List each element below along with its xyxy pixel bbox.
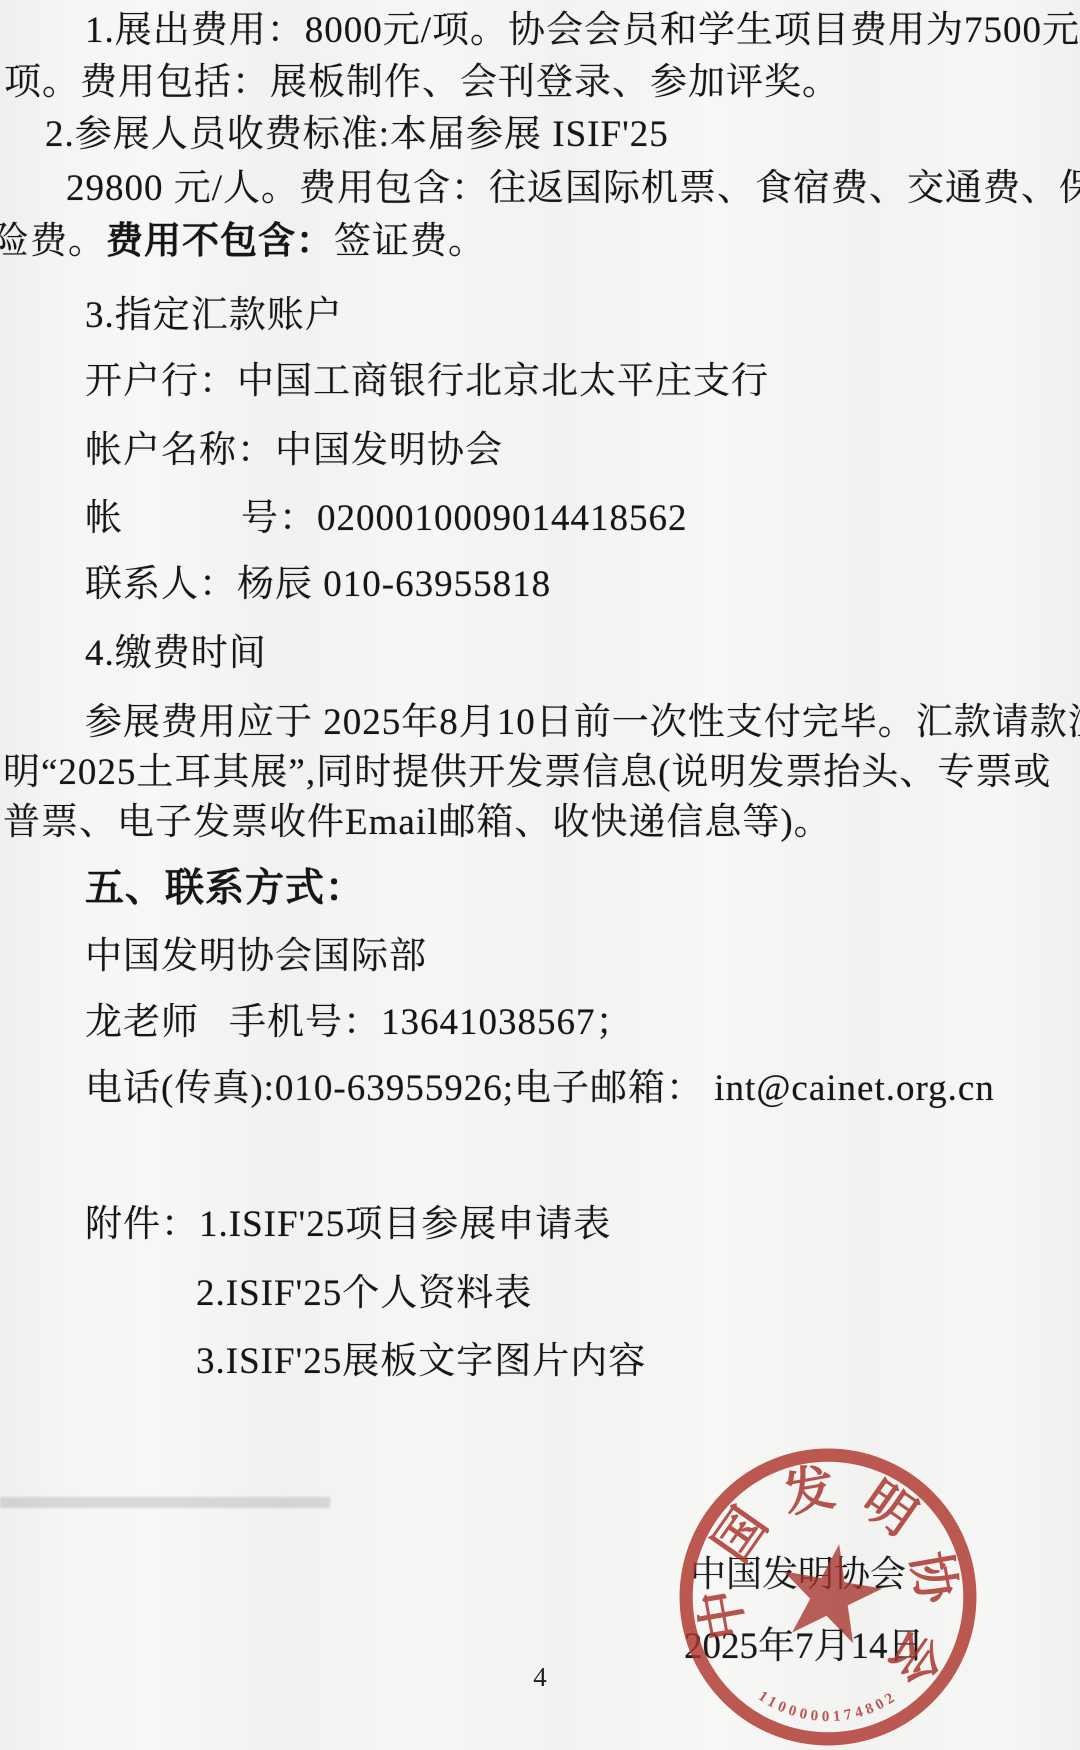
contact-tel-email: 电话(传真):010-63955926;电子邮箱： int@cainet.org… (85, 1066, 995, 1112)
document-page: 1.展出费用：8000元/项。协会会员和学生项目费用为7500元/ 项。费用包括… (0, 0, 1080, 1750)
fee-line-5-post: 签证费。 (334, 221, 486, 262)
contact-heading: 五、联系方式： (85, 866, 365, 912)
account-bank: 开户行：中国工商银行北京北太平庄支行 (85, 359, 769, 405)
seal-ring-char-4: 协 (901, 1548, 965, 1610)
account-number-label-right: 号： (241, 498, 317, 539)
seal-ring-char-0: 中 (691, 1585, 755, 1645)
payment-line-1: 参展费用应于 2025年8月10日前一次性支付完毕。汇款请款注 (85, 700, 1080, 746)
fee-line-1: 1.展出费用：8000元/项。协会会员和学生项目费用为7500元/ (85, 8, 1080, 54)
contact-mobile: 手机号：13641038567； (229, 1002, 634, 1043)
payment-heading: 4.缴费时间 (85, 631, 267, 677)
contact-phone-line: 龙老师手机号：13641038567； (85, 1000, 634, 1046)
account-number-value: 0200010009014418562 (317, 498, 688, 539)
seal-ring-char-2: 发 (780, 1459, 840, 1523)
account-number-label-left: 帐 (85, 498, 123, 539)
attachment-line-3: 3.ISIF'25展板文字图片内容 (196, 1339, 646, 1385)
account-holder: 帐户名称：中国发明协会 (85, 428, 503, 474)
star-icon (773, 1535, 888, 1646)
fee-line-5-pre: 险费。 (0, 221, 106, 262)
attachment-line-2: 2.ISIF'25个人资料表 (196, 1271, 532, 1317)
fee-line-3: 2.参展人员收费标准:本届参展 ISIF'25 (45, 112, 669, 158)
payment-line-2: 明“2025土耳其展”,同时提供开发票信息(说明发票抬头、专票或 (3, 750, 1051, 796)
seal-code: 1100000174802 (755, 1687, 901, 1725)
attachment-line-1: 附件：1.ISIF'25项目参展申请表 (85, 1202, 611, 1248)
account-heading: 3.指定汇款账户 (85, 293, 343, 339)
fee-line-5-bold: 费用不包含： (106, 221, 334, 262)
account-contact: 联系人：杨辰 010-63955818 (85, 562, 551, 608)
contact-teacher: 龙老师 (85, 1002, 199, 1043)
account-number: 帐号：0200010009014418562 (85, 496, 688, 542)
fee-line-4: 29800 元/人。费用包含：往返国际机票、食宿费、交通费、保 (66, 166, 1080, 212)
scan-artifact (0, 1497, 330, 1508)
page-number: 4 (0, 1662, 1080, 1693)
fee-line-5: 险费。费用不包含：签证费。 (0, 219, 486, 265)
contact-dept: 中国发明协会国际部 (85, 934, 427, 980)
fee-line-2: 项。费用包括：展板制作、会刊登录、参加评奖。 (4, 60, 840, 106)
payment-line-3: 普票、电子发票收件Email邮箱、收快递信息等)。 (3, 800, 832, 846)
official-seal: 中 国 发 明 协 会 1100000174802 (676, 1444, 980, 1748)
